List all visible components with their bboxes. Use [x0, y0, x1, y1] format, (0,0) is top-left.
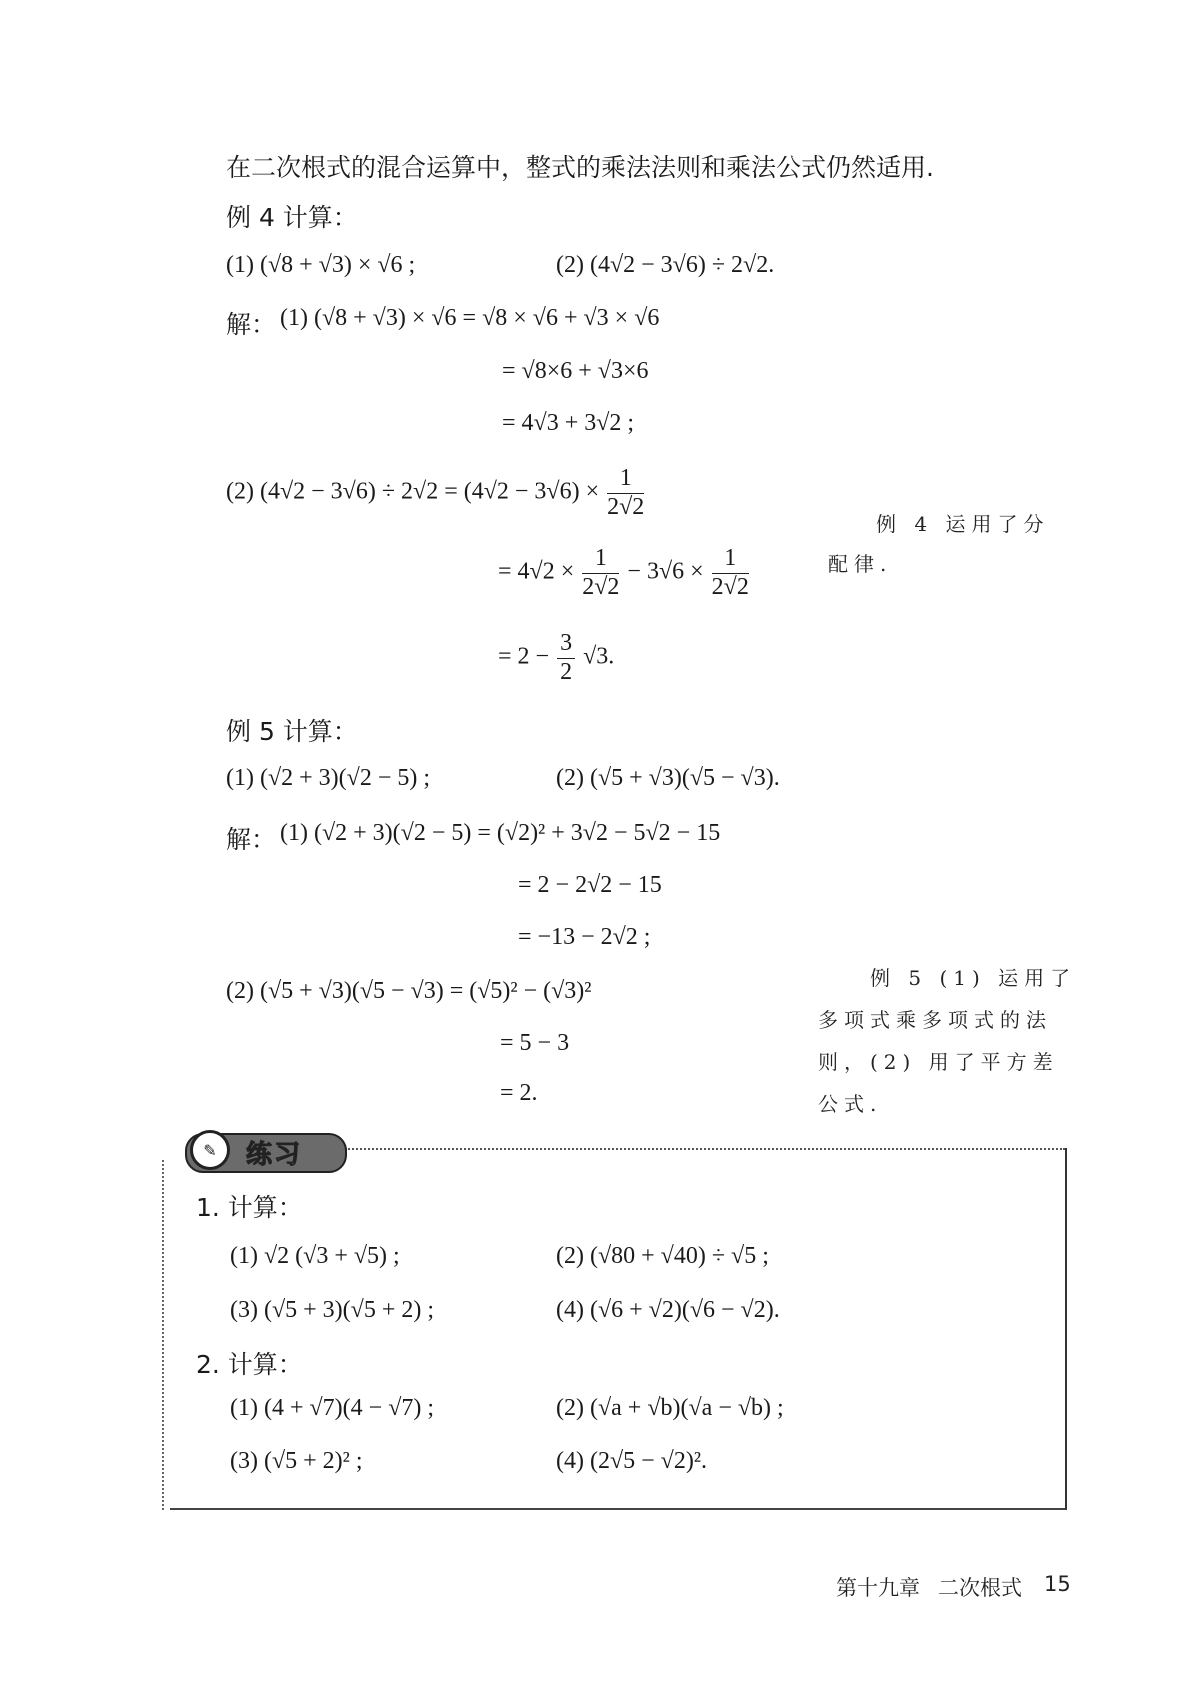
exercise-2-item-4: (4) (2√5 − √2)². — [556, 1448, 707, 1475]
example-4-solution-2-line-3: = 2 − 32 √3. — [498, 630, 614, 686]
example-5-side-note-line-2: 多项式乘多项式的法 — [818, 1004, 1052, 1033]
expression: (2) (4√2 − 3√6) ÷ 2√2 = (4√2 − 3√6) × — [226, 479, 599, 505]
example-4-solution-2-line-2: = 4√2 × 12√2 − 3√6 × 12√2 — [498, 545, 751, 601]
example-5-side-note-line-4: 公式. — [818, 1088, 882, 1117]
exercise-2-item-1: (1) (4 + √7)(4 − √7) ; — [230, 1395, 434, 1422]
example-5-solution-1-line-2: = 2 − 2√2 − 15 — [518, 872, 662, 899]
footer-chapter: 第十九章 — [836, 1572, 920, 1602]
example-4-solution-label: 解： — [226, 305, 276, 341]
example-4-question-1: (1) (√8 + √3) × √6 ; — [226, 252, 415, 279]
example-5-solution-label: 解： — [226, 820, 276, 856]
example-4-solution-2-line-1: (2) (4√2 − 3√6) ÷ 2√2 = (4√2 − 3√6) × 12… — [226, 465, 646, 521]
expression: = 4√2 × — [498, 559, 574, 585]
exercise-1-item-4: (4) (√6 + √2)(√6 − √2). — [556, 1297, 780, 1324]
exercise-2-title: 2. 计算： — [196, 1345, 303, 1381]
page-number: 15 — [1044, 1572, 1071, 1596]
example-4-title: 例 4 计算： — [226, 198, 358, 234]
exercise-2-item-3: (3) (√5 + 2)² ; — [230, 1448, 363, 1475]
exercise-1-title: 1. 计算： — [196, 1188, 303, 1224]
example-4-solution-1-line-2: = √8×6 + √3×6 — [502, 358, 648, 385]
example-5-side-note-line-3: 则，(2) 用了平方差 — [818, 1046, 1059, 1075]
expression: = 2 − — [498, 644, 549, 670]
footer-section: 二次根式 — [938, 1572, 1022, 1602]
example-4-side-note-line-1: 例 4 运用了分 — [876, 508, 1049, 537]
example-5-solution-2-line-2: = 5 − 3 — [500, 1030, 569, 1057]
exercise-box-left-border — [162, 1160, 164, 1510]
example-5-solution-2-line-1: (2) (√5 + √3)(√5 − √3) = (√5)² − (√3)² — [226, 978, 591, 1005]
fraction: 12√2 — [712, 545, 749, 601]
expression: − 3√6 × — [627, 559, 703, 585]
example-5-solution-1-line-3: = −13 − 2√2 ; — [518, 924, 650, 951]
expression: √3. — [583, 644, 614, 670]
example-4-question-2: (2) (4√2 − 3√6) ÷ 2√2. — [556, 252, 774, 279]
exercise-2-item-2: (2) (√a + √b)(√a − √b) ; — [556, 1395, 784, 1422]
fraction: 12√2 — [582, 545, 619, 601]
exercise-1-item-1: (1) √2 (√3 + √5) ; — [230, 1243, 400, 1270]
example-5-title: 例 5 计算： — [226, 712, 358, 748]
example-4-side-note-line-2: 配律. — [828, 548, 892, 577]
example-5-side-note-line-1: 例 5 (1) 运用了 — [870, 962, 1076, 991]
example-4-solution-1-line-1: (1) (√8 + √3) × √6 = √8 × √6 + √3 × √6 — [280, 305, 659, 332]
exercise-box-top-border — [345, 1148, 1065, 1150]
exercise-badge-label: 练习 — [246, 1134, 302, 1171]
exercise-1-item-2: (2) (√80 + √40) ÷ √5 ; — [556, 1243, 769, 1270]
example-5-question-1: (1) (√2 + 3)(√2 − 5) ; — [226, 765, 430, 792]
example-4-solution-1-line-3: = 4√3 + 3√2 ; — [502, 410, 634, 437]
intro-paragraph: 在二次根式的混合运算中，整式的乘法法则和乘法公式仍然适用. — [226, 148, 934, 184]
example-5-solution-2-line-3: = 2. — [500, 1080, 538, 1107]
example-5-question-2: (2) (√5 + √3)(√5 − √3). — [556, 765, 780, 792]
pencil-book-icon: ✎ — [190, 1130, 230, 1170]
fraction: 32 — [557, 630, 575, 686]
example-5-solution-1-line-1: (1) (√2 + 3)(√2 − 5) = (√2)² + 3√2 − 5√2… — [280, 820, 720, 847]
fraction: 12√2 — [607, 465, 644, 521]
exercise-1-item-3: (3) (√5 + 3)(√5 + 2) ; — [230, 1297, 434, 1324]
